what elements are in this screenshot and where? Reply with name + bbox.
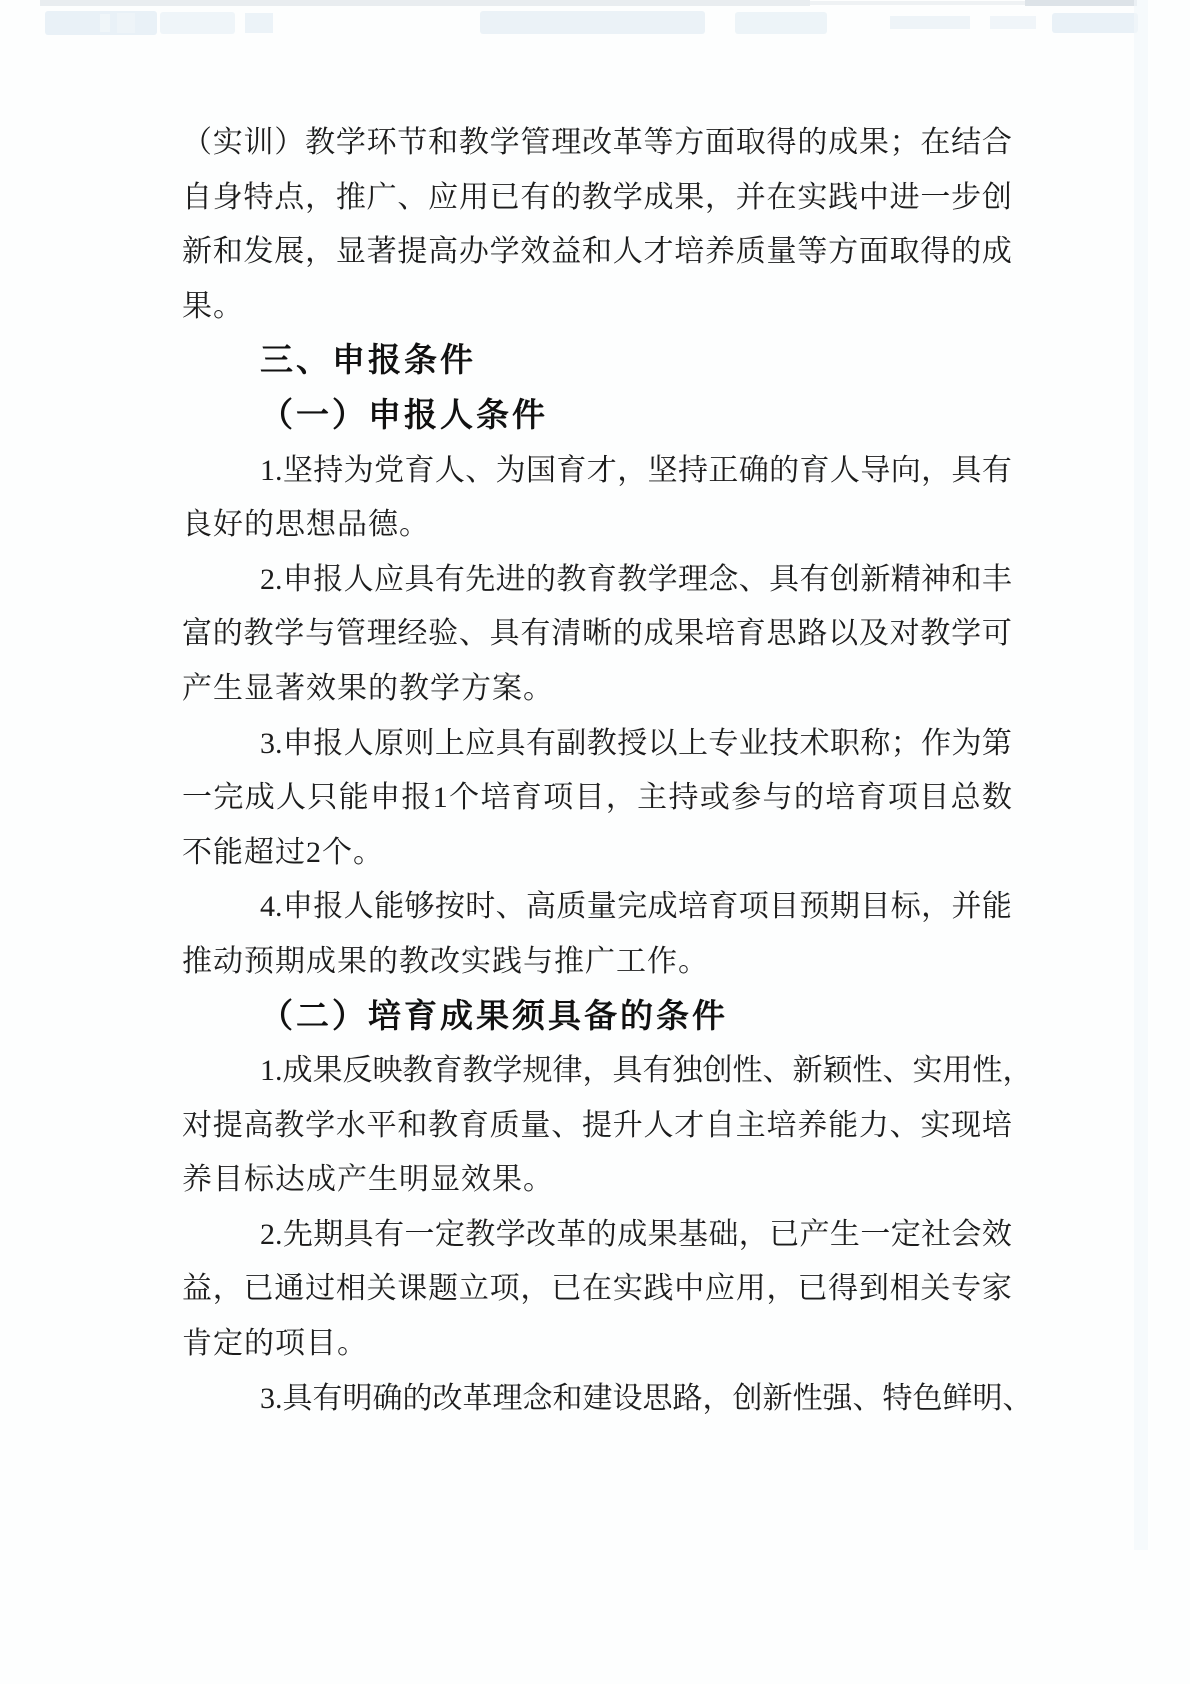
scan-artifact-smudge: [45, 11, 157, 35]
text-line: 对提高教学水平和教育质量、提升人才自主培养能力、实现培: [182, 1099, 1012, 1154]
scan-artifact-smudge: [100, 14, 110, 32]
section-heading: （一）申报人条件: [182, 389, 1012, 444]
text-line: 良好的思想品德。: [182, 498, 1012, 553]
document-content: （实训）教学环节和教学管理改革等方面取得的成果；在结合自身特点，推广、应用已有的…: [182, 116, 1012, 1426]
section-heading: 三、申报条件: [182, 334, 1012, 389]
scan-artifact-right-band: [1134, 0, 1148, 1550]
document-page: （实训）教学环节和教学管理改革等方面取得的成果；在结合自身特点，推广、应用已有的…: [0, 0, 1190, 1684]
text-line: 一完成人只能申报1个培育项目，主持或参与的培育项目总数: [182, 771, 1012, 826]
scan-artifact-smudge: [117, 13, 135, 33]
text-line: 1.成果反映教育教学规律，具有独创性、新颖性、实用性，: [182, 1044, 1012, 1099]
text-line: 益，已通过相关课题立项，已在实践中应用，已得到相关专家: [182, 1262, 1012, 1317]
scan-artifact-top-strip: [40, 0, 810, 6]
scan-artifact-smudge: [990, 16, 1036, 29]
text-line: 果。: [182, 280, 1012, 335]
text-line: 不能超过2个。: [182, 826, 1012, 881]
text-line: 富的教学与管理经验、具有清晰的成果培育思路以及对教学可: [182, 607, 1012, 662]
scan-artifact-smudge: [160, 12, 235, 34]
section-heading: （二）培育成果须具备的条件: [182, 990, 1012, 1045]
text-line: 自身特点，推广、应用已有的教学成果，并在实践中进一步创: [182, 171, 1012, 226]
text-line: 推动预期成果的教改实践与推广工作。: [182, 935, 1012, 990]
text-line: 1.坚持为党育人、为国育才，坚持正确的育人导向，具有: [182, 444, 1012, 499]
text-line: （实训）教学环节和教学管理改革等方面取得的成果；在结合: [182, 116, 1012, 171]
text-line: 产生显著效果的教学方案。: [182, 662, 1012, 717]
scan-artifact-smudge: [480, 11, 705, 34]
text-line: 4.申报人能够按时、高质量完成培育项目预期目标，并能: [182, 880, 1012, 935]
text-line: 2.先期具有一定教学改革的成果基础，已产生一定社会效: [182, 1208, 1012, 1263]
text-line: 新和发展，显著提高办学效益和人才培养质量等方面取得的成: [182, 225, 1012, 280]
scan-artifact-smudge: [890, 16, 970, 29]
scan-artifact-smudge: [735, 12, 827, 34]
text-line: 养目标达成产生明显效果。: [182, 1153, 1012, 1208]
text-line: 3.申报人原则上应具有副教授以上专业技术职称；作为第: [182, 717, 1012, 772]
scan-artifact-smudge: [245, 13, 273, 33]
text-line: 3.具有明确的改革理念和建设思路，创新性强、特色鲜明、: [182, 1372, 1012, 1427]
text-line: 2.申报人应具有先进的教育教学理念、具有创新精神和丰: [182, 553, 1012, 608]
scan-artifact-smudge: [1052, 13, 1138, 33]
scan-artifact-top-strip: [1025, 0, 1137, 6]
scan-artifact-top-strip: [810, 1, 1025, 5]
text-line: 肯定的项目。: [182, 1317, 1012, 1372]
